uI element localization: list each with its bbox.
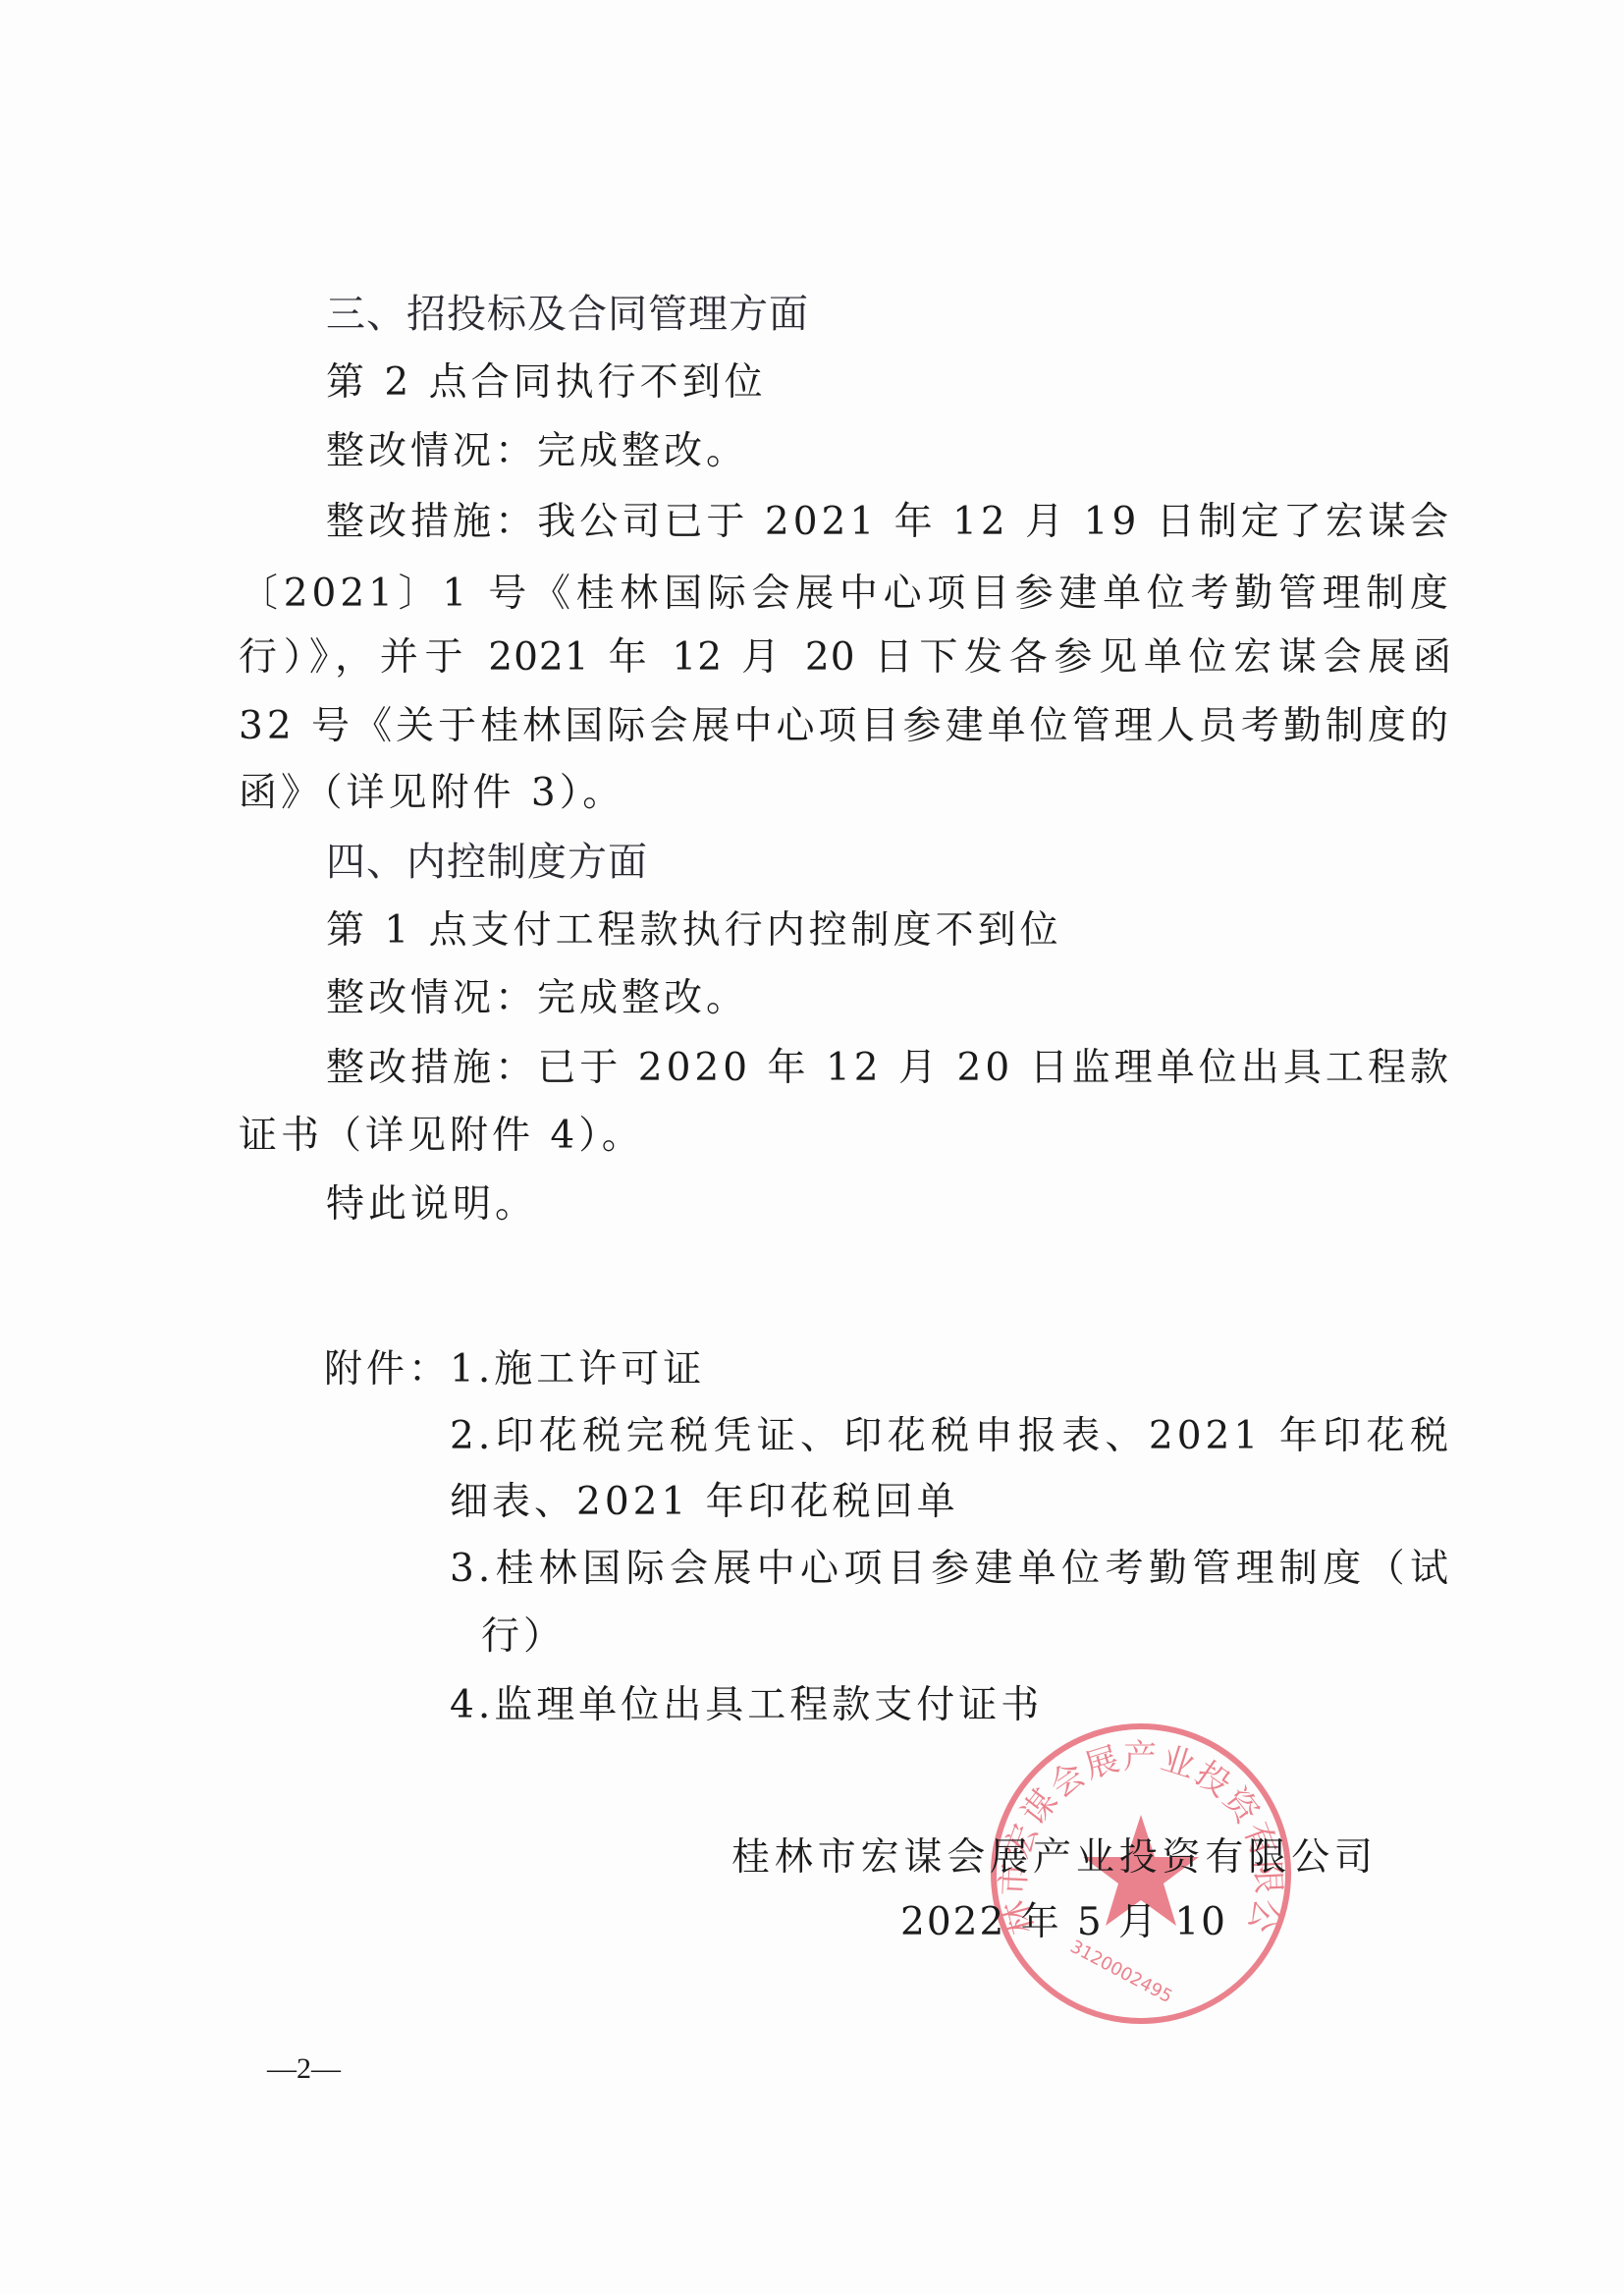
closing-statement: 特此说明。 <box>326 1177 537 1232</box>
page-number: —2— <box>267 2042 341 2097</box>
section-heading-3: 三、招投标及合同管理方面 <box>326 287 809 342</box>
attachment-item-continued: 行） <box>481 1610 566 1665</box>
issue-item: 第 2 点合同执行不到位 <box>326 355 767 410</box>
rectification-measures-line: 〔2021〕1 号《桂林国际会展中心项目参建单位考勤管理制度（试 <box>240 567 1452 622</box>
rectification-measures-line: 整改措施：我公司已于 2021 年 12 月 19 日制定了宏谋会展办 <box>326 495 1452 550</box>
attachments-label: 附件： <box>324 1342 451 1397</box>
rectification-measures-line: 32 号《关于桂林国际会展中心项目参建单位管理人员考勤制度的 <box>239 699 1452 754</box>
signature-date: 2022 年 5 月 10 日 <box>900 1895 1227 1950</box>
rectification-measures-line: 函》（详见附件 3）。 <box>239 766 624 821</box>
issue-item: 第 1 点支付工程款执行内控制度不到位 <box>326 903 1062 958</box>
rectification-status: 整改情况：完成整改。 <box>326 971 748 1026</box>
attachment-item: 1.施工许可证 <box>450 1342 705 1397</box>
rectification-measures-line: 整改措施：已于 2020 年 12 月 20 日监理单位出具工程款支付 <box>326 1041 1452 1096</box>
attachment-item-continued: 细表、2021 年印花税回单 <box>450 1475 959 1530</box>
rectification-status: 整改情况：完成整改。 <box>326 424 748 479</box>
attachment-item: 3.桂林国际会展中心项目参建单位考勤管理制度（试 <box>450 1542 1452 1597</box>
document-page: 三、招投标及合同管理方面 第 2 点合同执行不到位 整改情况：完成整改。 整改措… <box>0 0 1624 2294</box>
attachment-item: 4.监理单位出具工程款支付证书 <box>450 1678 1043 1733</box>
attachment-item: 2.印花税完税凭证、印花税申报表、2021 年印花税明 <box>450 1409 1452 1464</box>
signature-company: 桂林市宏谋会展产业投资有限公司 <box>731 1830 1375 1885</box>
section-heading-4: 四、内控制度方面 <box>326 835 648 890</box>
rectification-measures-line: 证书（详见附件 4）。 <box>239 1109 644 1164</box>
rectification-measures-line: 行）》，并于 2021 年 12 月 20 日下发各参见单位宏谋会展函〔2021… <box>239 630 1452 685</box>
